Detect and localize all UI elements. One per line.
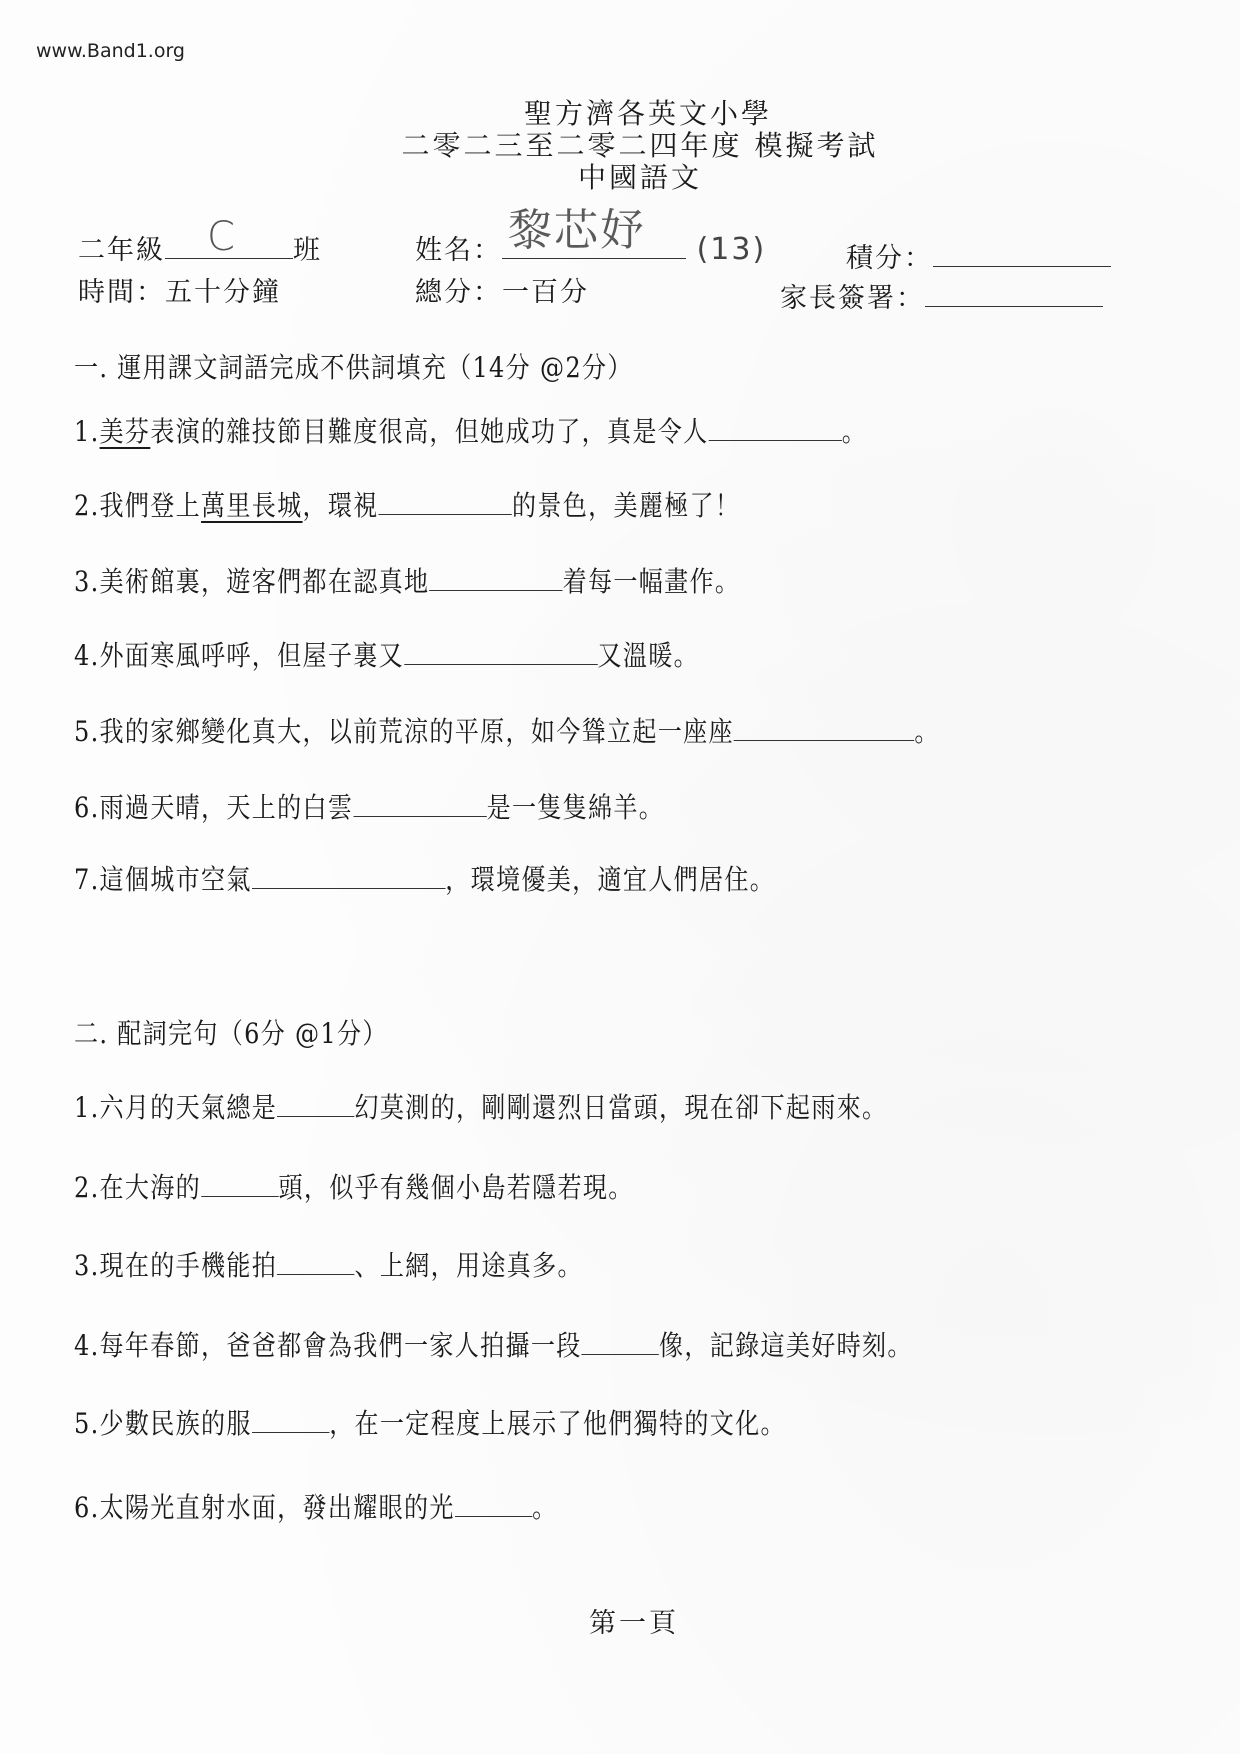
s1-question-4: 4.外面寒風呼呼，但屋子裏又又溫暖。 [74, 634, 699, 674]
time-info: 時間：五十分鐘 [78, 270, 281, 309]
total-marks-info: 總分：一百分 [415, 270, 589, 309]
section1-title: 一. 運用課文詞語完成不供詞填充（14分 @2分） [74, 346, 633, 386]
exam-year-title: 二零二三至二零二四年度 模擬考試 [0, 130, 1240, 161]
s1-question-2: 2.我們登上萬里長城，環視的景色，美麗極了！ [74, 484, 740, 524]
s2-question-3: 3.現在的手機能拍、上網，用途真多。 [74, 1244, 583, 1284]
name-label: 姓名： [415, 235, 502, 266]
school-name: 聖方濟各英文小學 [0, 98, 1240, 129]
s1-question-3: 3.美術館裏，遊客們都在認真地着每一幅畫作。 [74, 560, 740, 600]
s1-question-7: 7.這個城市空氣，環境優美，適宜人們居住。 [74, 858, 775, 898]
student-number: (13) [697, 232, 767, 267]
s1-question-6: 6.雨過天晴，天上的白雲是一隻隻綿羊。 [74, 786, 664, 826]
parent-signature-label: 家長簽署： [780, 283, 925, 314]
answer-blank[interactable] [379, 492, 512, 515]
name-input[interactable]: 黎芯妤 [502, 232, 686, 259]
answer-blank[interactable] [201, 1174, 278, 1197]
answer-blank[interactable] [734, 718, 915, 741]
answer-blank[interactable] [277, 1252, 354, 1275]
grade-label: 二年級 [78, 235, 165, 266]
answer-blank[interactable] [353, 794, 486, 817]
s2-question-5: 5.少數民族的服，在一定程度上展示了他們獨特的文化。 [74, 1402, 786, 1442]
s2-question-6: 6.太陽光直射水面，發出耀眼的光。 [74, 1486, 558, 1526]
subject-title: 中國語文 [0, 162, 1240, 193]
answer-blank[interactable] [582, 1332, 659, 1355]
s1-question-5: 5.我的家鄉變化真大，以前荒涼的平原，如今聳立起一座座。 [74, 710, 940, 750]
score-field: 積分： [846, 236, 1111, 275]
s2-question-1: 1.六月的天氣總是幻莫測的，剛剛還烈日當頭，現在卻下起雨來。 [74, 1086, 887, 1126]
answer-blank[interactable] [277, 1094, 354, 1117]
answer-blank[interactable] [455, 1494, 532, 1517]
watermark-url: www.Band1.org [36, 40, 185, 62]
s2-question-2: 2.在大海的頭，似乎有幾個小島若隱若現。 [74, 1166, 634, 1206]
student-name-field: 姓名：黎芯妤 (13) [415, 228, 766, 267]
class-value: C [207, 214, 237, 260]
answer-blank[interactable] [404, 642, 598, 665]
answer-blank[interactable] [252, 866, 446, 889]
class-suffix: 班 [293, 235, 322, 266]
name-value: 黎芯妤 [508, 194, 646, 258]
answer-blank[interactable] [252, 1410, 329, 1433]
underlined-term: 萬里長城 [201, 489, 302, 522]
answer-blank[interactable] [429, 568, 562, 591]
parent-signature-input[interactable] [925, 282, 1103, 307]
score-label: 積分： [846, 243, 933, 274]
page-number: 第一頁 [0, 1601, 1240, 1640]
underlined-term: 美芬 [100, 415, 151, 448]
section2-title: 二. 配詞完句（6分 @1分） [74, 1012, 388, 1052]
parent-signature-field: 家長簽署： [780, 276, 1103, 315]
class-input[interactable]: C [165, 232, 293, 259]
answer-blank[interactable] [708, 418, 841, 441]
s1-question-1: 1.美芬表演的雜技節目難度很高，但她成功了，真是令人。 [74, 410, 867, 450]
exam-page: www.Band1.org 聖方濟各英文小學 二零二三至二零二四年度 模擬考試 … [0, 0, 1240, 1754]
grade-class-field: 二年級C班 [78, 228, 322, 267]
score-input[interactable] [933, 242, 1111, 267]
s2-question-4: 4.每年春節，爸爸都會為我們一家人拍攝一段像，記錄這美好時刻。 [74, 1324, 913, 1364]
